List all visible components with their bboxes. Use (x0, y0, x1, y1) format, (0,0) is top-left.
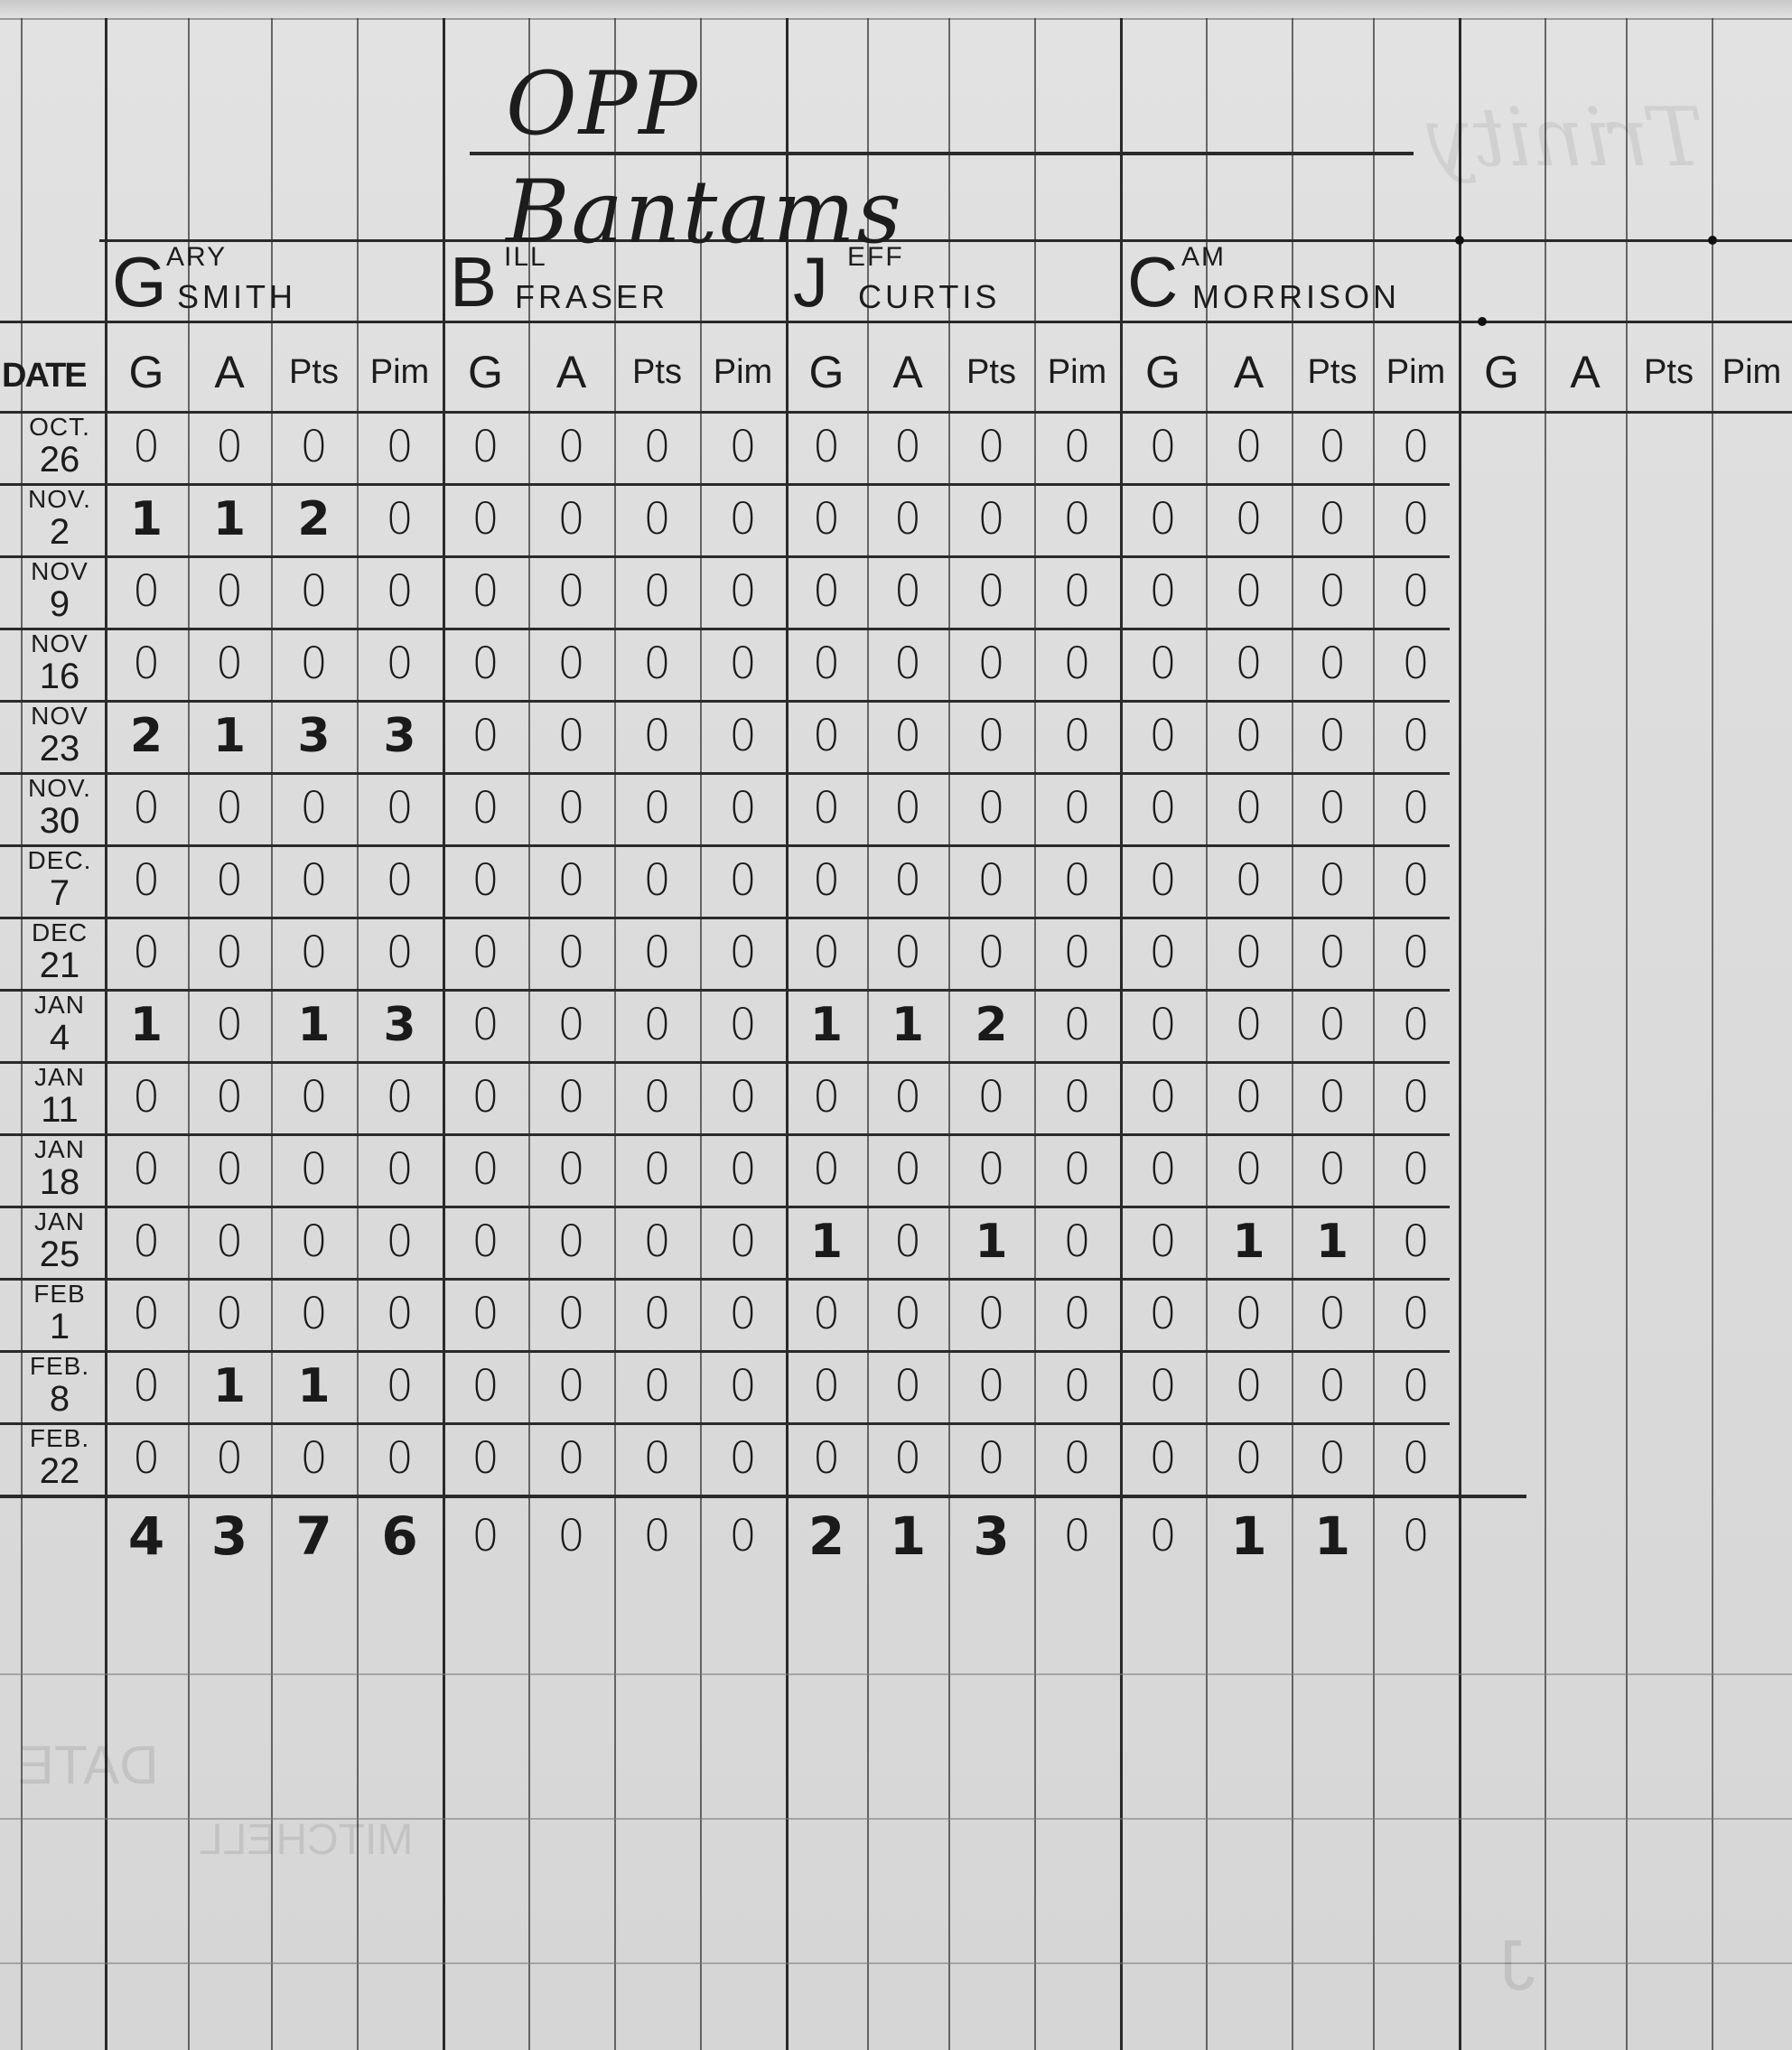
stat-cell: 0 (867, 772, 948, 844)
date-day: 4 (16, 1020, 103, 1056)
date-day: 30 (16, 803, 103, 839)
stat-cell: 0 (1120, 1422, 1206, 1495)
stat-cell: 0 (188, 989, 271, 1061)
total-cell: 1 (1206, 1500, 1292, 1572)
stat-cell: 0 (700, 1350, 786, 1422)
date-day: 18 (16, 1164, 103, 1200)
stat-cell: 0 (357, 1422, 443, 1495)
stat-cell: 2 (105, 700, 188, 772)
date-day: 21 (16, 947, 103, 983)
stat-cell: 0 (948, 1422, 1034, 1495)
total-cell: 0 (1034, 1500, 1120, 1572)
stat-cell: 0 (867, 1278, 948, 1350)
date-day: 2 (16, 514, 103, 550)
stat-cell: 0 (700, 411, 786, 483)
stat-cell: 0 (443, 483, 528, 555)
date-column-header: DATE (2, 357, 103, 396)
stat-column-header: Pts (614, 336, 700, 408)
stat-cell: 0 (528, 1422, 614, 1495)
stat-cell: 0 (1292, 628, 1373, 700)
stat-cell: 1 (271, 989, 357, 1061)
stat-cell: 0 (786, 483, 867, 555)
stat-cell: 0 (1373, 1422, 1459, 1495)
stat-cell: 0 (867, 483, 948, 555)
stat-cell: 0 (1120, 772, 1206, 844)
stat-cell: 0 (948, 628, 1034, 700)
stat-cell: 0 (528, 1133, 614, 1206)
player-name-first: AM (1181, 242, 1226, 273)
stat-cell: 0 (867, 1422, 948, 1495)
stat-cell: 0 (1206, 628, 1292, 700)
stat-cell: 0 (443, 1350, 528, 1422)
stat-cell: 0 (443, 844, 528, 917)
stat-cell: 0 (614, 772, 700, 844)
stat-cell: 0 (948, 483, 1034, 555)
date-day: 1 (16, 1309, 103, 1345)
date-month: DEC. (16, 848, 103, 873)
stat-cell: 0 (105, 917, 188, 989)
stat-cell: 0 (614, 1422, 700, 1495)
stat-cell: 0 (1034, 917, 1120, 989)
date-cell: OCT.26 (16, 415, 103, 478)
stat-cell: 0 (188, 411, 271, 483)
stat-cell: 0 (948, 1133, 1034, 1206)
stat-cell: 0 (1034, 411, 1120, 483)
stat-cell: 0 (1120, 1278, 1206, 1350)
stat-cell: 0 (948, 411, 1034, 483)
stat-cell: 0 (528, 555, 614, 628)
stat-column-header: Pts (271, 336, 357, 408)
stat-cell: 0 (614, 555, 700, 628)
stat-cell: 0 (867, 844, 948, 917)
date-month: JAN (16, 1137, 103, 1162)
stat-cell: 0 (357, 1278, 443, 1350)
stat-cell: 0 (1373, 989, 1459, 1061)
stat-cell: 1 (188, 483, 271, 555)
stat-column-header: A (188, 336, 271, 408)
grid-ruled-line (0, 1673, 1792, 1675)
stat-column-header: G (105, 336, 188, 408)
stat-cell: 0 (1373, 917, 1459, 989)
stat-cell: 0 (1034, 844, 1120, 917)
stat-cell: 0 (1120, 411, 1206, 483)
stat-column-header: A (1545, 336, 1626, 408)
date-month: FEB. (16, 1426, 103, 1451)
stat-column-header: Pim (357, 336, 443, 408)
date-day: 9 (16, 586, 103, 622)
stat-cell: 2 (271, 483, 357, 555)
stat-cell: 0 (357, 628, 443, 700)
stat-cell: 0 (528, 989, 614, 1061)
stat-cell: 0 (786, 1422, 867, 1495)
stat-cell: 0 (948, 555, 1034, 628)
stat-cell: 0 (700, 1278, 786, 1350)
stat-cell: 0 (700, 555, 786, 628)
total-cell: 0 (1120, 1500, 1206, 1572)
stat-cell: 0 (1120, 483, 1206, 555)
stat-cell: 3 (357, 700, 443, 772)
date-day: 11 (16, 1092, 103, 1128)
stat-cell: 0 (443, 1278, 528, 1350)
total-cell: 2 (786, 1500, 867, 1572)
total-cell: 0 (700, 1500, 786, 1572)
player-name-header: JEFFCURTIS (786, 242, 1120, 323)
date-cell: DEC21 (16, 920, 103, 983)
stat-cell: 0 (948, 1061, 1034, 1133)
stat-cell: 0 (1373, 555, 1459, 628)
stat-cell: 0 (786, 1350, 867, 1422)
player-name-last: CURTIS (858, 278, 1000, 316)
stat-column-header: Pim (1034, 336, 1120, 408)
stat-cell: 0 (1292, 555, 1373, 628)
stat-cell: 0 (357, 483, 443, 555)
stat-cell: 0 (528, 1061, 614, 1133)
stat-cell: 0 (1373, 1133, 1459, 1206)
stat-cell: 0 (105, 411, 188, 483)
stat-cell: 0 (443, 917, 528, 989)
player-name-initial: B (450, 246, 497, 318)
date-month: FEB (16, 1281, 103, 1307)
stat-cell: 0 (528, 483, 614, 555)
stat-cell: 0 (188, 555, 271, 628)
stat-cell: 0 (443, 772, 528, 844)
stat-cell: 0 (271, 555, 357, 628)
stat-cell: 0 (786, 411, 867, 483)
stat-cell: 0 (443, 1206, 528, 1278)
stat-cell: 0 (948, 700, 1034, 772)
stat-cell: 0 (1034, 772, 1120, 844)
stat-cell: 0 (443, 989, 528, 1061)
date-month: JAN (16, 1209, 103, 1235)
date-cell: JAN11 (16, 1065, 103, 1128)
stat-cell: 1 (271, 1350, 357, 1422)
stat-cell: 0 (357, 1350, 443, 1422)
date-month: NOV (16, 704, 103, 729)
bleed-through-text: DATE (18, 1734, 159, 1796)
stat-cell: 0 (786, 1061, 867, 1133)
stat-cell: 1 (188, 700, 271, 772)
stat-cell: 0 (105, 1422, 188, 1495)
stat-cell: 0 (528, 844, 614, 917)
stat-cell: 0 (1034, 1350, 1120, 1422)
stat-cell: 0 (1206, 772, 1292, 844)
stat-cell: 0 (1373, 844, 1459, 917)
player-name-last: MORRISON (1192, 278, 1400, 316)
stat-cell: 0 (1292, 1133, 1373, 1206)
date-cell: NOV16 (16, 631, 103, 694)
stat-cell: 0 (357, 1206, 443, 1278)
stat-cell: 0 (614, 628, 700, 700)
date-cell: JAN4 (16, 992, 103, 1056)
stat-cell: 1 (105, 483, 188, 555)
stat-cell: 0 (700, 772, 786, 844)
stat-cell: 0 (1206, 1061, 1292, 1133)
bleed-through-text: MITCHELL (199, 1815, 413, 1865)
stat-cell: 0 (1034, 1278, 1120, 1350)
player-name-header (1459, 242, 1792, 323)
stat-cell: 0 (443, 1133, 528, 1206)
player-name-initial: G (112, 246, 167, 318)
stat-column-header: A (1206, 336, 1292, 408)
stat-cell: 0 (948, 844, 1034, 917)
stat-cell: 0 (1206, 989, 1292, 1061)
stat-cell: 0 (614, 844, 700, 917)
player-name-last: SMITH (177, 278, 296, 316)
stat-cell: 0 (188, 1206, 271, 1278)
stat-cell: 3 (271, 700, 357, 772)
stat-cell: 0 (1120, 1350, 1206, 1422)
stat-cell: 0 (1034, 700, 1120, 772)
stat-cell: 0 (867, 700, 948, 772)
stat-cell: 0 (1120, 1061, 1206, 1133)
stat-cell: 0 (700, 628, 786, 700)
total-cell: 0 (1373, 1500, 1459, 1572)
stat-cell: 0 (867, 411, 948, 483)
stat-cell: 0 (105, 1278, 188, 1350)
stat-cell: 0 (271, 1278, 357, 1350)
stat-cell: 0 (105, 628, 188, 700)
stat-column-header: G (1459, 336, 1545, 408)
stat-cell: 0 (1373, 1278, 1459, 1350)
date-cell: JAN18 (16, 1137, 103, 1200)
date-day: 26 (16, 442, 103, 478)
stat-cell: 0 (188, 844, 271, 917)
stat-cell: 0 (188, 917, 271, 989)
stat-cell: 0 (1120, 1206, 1206, 1278)
stat-cell: 0 (1373, 411, 1459, 483)
date-cell: FEB1 (16, 1281, 103, 1345)
player-name-header: BILLFRASER (443, 242, 786, 323)
stat-cell: 0 (271, 1422, 357, 1495)
date-cell: FEB.8 (16, 1354, 103, 1417)
date-day: 16 (16, 658, 103, 694)
stat-cell: 0 (786, 628, 867, 700)
stat-cell: 1 (188, 1350, 271, 1422)
stat-cell: 0 (1292, 917, 1373, 989)
stat-cell: 0 (1292, 1350, 1373, 1422)
stat-cell: 0 (1292, 1278, 1373, 1350)
stat-cell: 0 (1373, 1061, 1459, 1133)
stat-cell: 0 (528, 1350, 614, 1422)
stat-cell: 0 (786, 1133, 867, 1206)
stat-cell: 0 (1292, 700, 1373, 772)
stat-cell: 0 (271, 917, 357, 989)
date-month: NOV (16, 631, 103, 657)
date-month: NOV. (16, 487, 103, 512)
stat-cell: 0 (614, 1061, 700, 1133)
date-day: 8 (16, 1381, 103, 1417)
stat-column-header: A (528, 336, 614, 408)
stat-cell: 0 (1120, 700, 1206, 772)
date-cell: DEC.7 (16, 848, 103, 911)
stat-cell: 0 (1120, 555, 1206, 628)
stat-cell: 0 (867, 628, 948, 700)
stat-cell: 0 (1292, 1061, 1373, 1133)
stat-cell: 0 (1034, 1061, 1120, 1133)
total-cell: 3 (188, 1500, 271, 1572)
stat-cell: 0 (1373, 772, 1459, 844)
player-name-first: ILL (504, 242, 547, 273)
stat-cell: 0 (1373, 628, 1459, 700)
stat-cell: 0 (948, 1350, 1034, 1422)
stat-cell: 0 (271, 772, 357, 844)
total-cell: 0 (443, 1500, 528, 1572)
stat-cell: 0 (948, 1278, 1034, 1350)
stat-cell: 1 (1292, 1206, 1373, 1278)
stat-cell: 0 (528, 1206, 614, 1278)
stat-cell: 0 (614, 411, 700, 483)
stat-cell: 0 (1206, 700, 1292, 772)
stat-cell: 0 (786, 1278, 867, 1350)
stat-cell: 2 (948, 989, 1034, 1061)
stat-cell: 0 (105, 1206, 188, 1278)
stat-column-header: G (1120, 336, 1206, 408)
grid-row-line (0, 1495, 1526, 1498)
stat-cell: 0 (357, 772, 443, 844)
stat-cell: 0 (1120, 917, 1206, 989)
stat-cell: 1 (786, 1206, 867, 1278)
stat-cell: 0 (1206, 1133, 1292, 1206)
stat-cell: 0 (700, 1133, 786, 1206)
stat-cell: 0 (1034, 483, 1120, 555)
stat-cell: 0 (105, 1350, 188, 1422)
stat-column-header: G (786, 336, 867, 408)
stat-column-header: Pts (1292, 336, 1373, 408)
stat-cell: 0 (1206, 1278, 1292, 1350)
stat-cell: 0 (867, 1133, 948, 1206)
stat-cell: 0 (948, 772, 1034, 844)
date-month: NOV. (16, 776, 103, 801)
stat-cell: 0 (1206, 411, 1292, 483)
stat-cell: 0 (1292, 772, 1373, 844)
stat-cell: 0 (614, 1350, 700, 1422)
stat-cell: 0 (1292, 411, 1373, 483)
date-month: FEB. (16, 1354, 103, 1379)
total-cell: 3 (948, 1500, 1034, 1572)
stat-cell: 0 (528, 628, 614, 700)
stat-cell: 0 (786, 700, 867, 772)
player-name-last: FRASER (515, 278, 668, 316)
scoresheet-page: Trinity OPP Bantams GARYSMITHBILLFRASERJ… (0, 0, 1792, 2050)
stat-cell: 0 (1373, 1206, 1459, 1278)
stat-cell: 0 (614, 700, 700, 772)
stat-cell: 0 (614, 1133, 700, 1206)
date-day: 25 (16, 1236, 103, 1272)
stat-cell: 0 (271, 411, 357, 483)
stat-cell: 0 (1120, 628, 1206, 700)
stat-cell: 0 (786, 844, 867, 917)
total-cell: 7 (271, 1500, 357, 1572)
stat-cell: 1 (786, 989, 867, 1061)
stat-cell: 0 (867, 1206, 948, 1278)
stat-cell: 0 (1206, 483, 1292, 555)
stat-cell: 0 (700, 917, 786, 989)
stat-column-header: G (443, 336, 528, 408)
player-name-header: GARYSMITH (105, 242, 443, 323)
stat-cell: 0 (700, 1422, 786, 1495)
stat-cell: 0 (700, 989, 786, 1061)
date-cell: NOV23 (16, 704, 103, 767)
stat-column-header: Pim (1712, 336, 1792, 408)
date-month: JAN (16, 992, 103, 1018)
stat-cell: 0 (188, 1278, 271, 1350)
player-name-header: CAMMORRISON (1120, 242, 1459, 323)
stat-cell: 0 (1373, 483, 1459, 555)
stat-cell: 0 (105, 555, 188, 628)
stat-cell: 0 (867, 555, 948, 628)
stat-cell: 0 (271, 628, 357, 700)
stat-cell: 0 (1034, 628, 1120, 700)
stat-cell: 0 (1120, 989, 1206, 1061)
stat-cell: 0 (105, 772, 188, 844)
stat-cell: 0 (271, 1206, 357, 1278)
stat-cell: 0 (188, 1133, 271, 1206)
date-cell: NOV.30 (16, 776, 103, 839)
stat-cell: 0 (271, 844, 357, 917)
stat-cell: 0 (1034, 1206, 1120, 1278)
stat-cell: 0 (1120, 1133, 1206, 1206)
stat-cell: 0 (271, 1061, 357, 1133)
stat-cell: 0 (614, 483, 700, 555)
stat-cell: 0 (357, 917, 443, 989)
stat-cell: 1 (948, 1206, 1034, 1278)
total-cell: 1 (867, 1500, 948, 1572)
player-name-first: EFF (847, 242, 904, 273)
stat-cell: 0 (1034, 989, 1120, 1061)
stat-cell: 0 (948, 917, 1034, 989)
stat-cell: 0 (614, 917, 700, 989)
stat-cell: 0 (1034, 1422, 1120, 1495)
stat-cell: 0 (271, 1133, 357, 1206)
date-month: JAN (16, 1065, 103, 1090)
date-cell: JAN25 (16, 1209, 103, 1272)
stat-cell: 0 (700, 1061, 786, 1133)
stat-cell: 0 (1034, 1133, 1120, 1206)
stat-cell: 0 (443, 1061, 528, 1133)
player-name-first: ARY (166, 242, 227, 273)
page-top-edge (0, 0, 1792, 20)
stat-cell: 0 (528, 411, 614, 483)
date-month: NOV (16, 559, 103, 584)
title-underline (470, 152, 1414, 155)
stat-cell: 0 (105, 844, 188, 917)
stat-cell: 3 (357, 989, 443, 1061)
stat-cell: 0 (614, 1206, 700, 1278)
stat-cell: 0 (700, 1206, 786, 1278)
stat-cell: 0 (105, 1061, 188, 1133)
stat-cell: 0 (700, 844, 786, 917)
stat-column-header: Pts (1626, 336, 1712, 408)
stat-cell: 0 (1034, 555, 1120, 628)
stat-cell: 0 (188, 628, 271, 700)
stat-cell: 0 (1373, 1350, 1459, 1422)
stat-cell: 0 (357, 1133, 443, 1206)
bleed-through-text: Trinity (1427, 90, 1703, 185)
stat-column-header: A (867, 336, 948, 408)
stat-cell: 0 (1292, 844, 1373, 917)
stat-cell: 0 (1206, 1422, 1292, 1495)
date-month: DEC (16, 920, 103, 946)
stat-cell: 1 (105, 989, 188, 1061)
total-cell: 6 (357, 1500, 443, 1572)
stat-cell: 0 (528, 700, 614, 772)
total-cell: 0 (614, 1500, 700, 1572)
stat-cell: 0 (443, 555, 528, 628)
stat-cell: 0 (1206, 1350, 1292, 1422)
stat-cell: 1 (867, 989, 948, 1061)
stat-cell: 0 (357, 411, 443, 483)
stat-cell: 0 (443, 411, 528, 483)
